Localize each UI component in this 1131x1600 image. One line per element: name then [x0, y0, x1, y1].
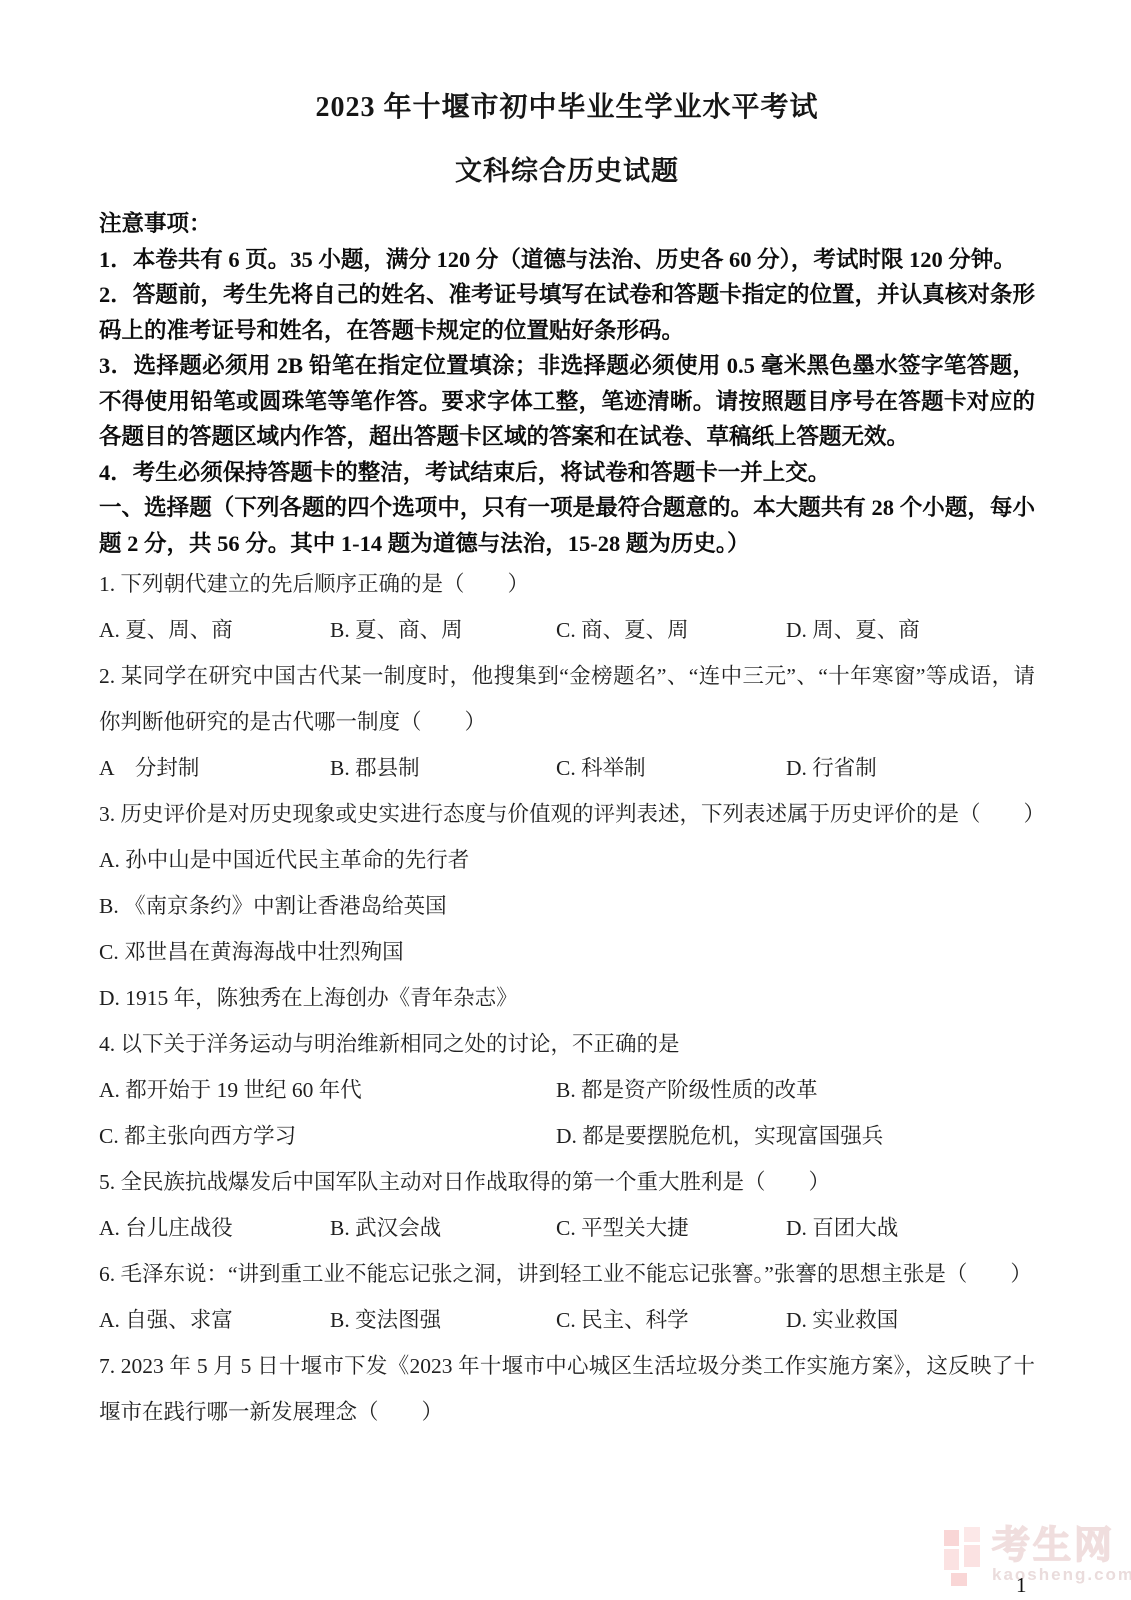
- question-3-stem: 3. 历史评价是对历史现象或史实进行态度与价值观的评判表述，下列表述属于历史评价…: [99, 791, 1035, 837]
- question-5-option-d: D. 百团大战: [786, 1205, 1035, 1251]
- question-6-options: A. 自强、求富 B. 变法图强 C. 民主、科学 D. 实业救国: [99, 1297, 1035, 1343]
- question-6-option-c: C. 民主、科学: [556, 1297, 786, 1343]
- question-6-option-d: D. 实业救国: [786, 1297, 1035, 1343]
- question-2-option-c: C. 科举制: [556, 745, 786, 791]
- question-2-option-b: B. 郡县制: [330, 745, 556, 791]
- question-1-option-b: B. 夏、商、周: [330, 607, 556, 653]
- questions-list: 1. 下列朝代建立的先后顺序正确的是（ ） A. 夏、周、商 B. 夏、商、周 …: [99, 561, 1035, 1435]
- question-6-option-b: B. 变法图强: [330, 1297, 556, 1343]
- question-1-option-d: D. 周、夏、商: [786, 607, 1035, 653]
- exam-title: 2023 年十堰市初中毕业生学业水平考试: [99, 90, 1035, 126]
- question-2-option-d: D. 行省制: [786, 745, 1035, 791]
- kaosheng-logo-icon: [940, 1526, 986, 1588]
- question-1: 1. 下列朝代建立的先后顺序正确的是（ ） A. 夏、周、商 B. 夏、商、周 …: [99, 561, 1035, 653]
- question-2-options: A 分封制 B. 郡县制 C. 科举制 D. 行省制: [99, 745, 1035, 791]
- question-4-option-c: C. 都主张向西方学习: [99, 1113, 556, 1159]
- question-5-option-a: A. 台儿庄战役: [99, 1205, 330, 1251]
- question-4-option-a: A. 都开始于 19 世纪 60 年代: [99, 1067, 556, 1113]
- question-3-option-c: C. 邓世昌在黄海海战中壮烈殉国: [99, 929, 1035, 975]
- question-2-option-a: A 分封制: [99, 745, 330, 791]
- question-3: 3. 历史评价是对历史现象或史实进行态度与价值观的评判表述，下列表述属于历史评价…: [99, 791, 1035, 1021]
- question-5-option-c: C. 平型关大捷: [556, 1205, 786, 1251]
- question-4-options: A. 都开始于 19 世纪 60 年代 B. 都是资产阶级性质的改革 C. 都主…: [99, 1067, 1035, 1159]
- question-1-option-c: C. 商、夏、周: [556, 607, 786, 653]
- notice-heading: 注意事项：: [99, 206, 1035, 242]
- notice-section: 注意事项： 1．本卷共有 6 页。35 小题，满分 120 分（道德与法治、历史…: [99, 206, 1035, 490]
- question-5-stem: 5. 全民族抗战爆发后中国军队主动对日作战取得的第一个重大胜利是（ ）: [99, 1159, 1035, 1205]
- question-4-option-b: B. 都是资产阶级性质的改革: [556, 1067, 1035, 1113]
- kaosheng-watermark: 考生网 kaosheng.com: [940, 1526, 1131, 1588]
- watermark-site-domain: kaosheng.com: [992, 1566, 1131, 1584]
- question-7: 7. 2023 年 5 月 5 日十堰市下发《2023 年十堰市中心城区生活垃圾…: [99, 1343, 1035, 1435]
- question-5: 5. 全民族抗战爆发后中国军队主动对日作战取得的第一个重大胜利是（ ） A. 台…: [99, 1159, 1035, 1251]
- question-5-options: A. 台儿庄战役 B. 武汉会战 C. 平型关大捷 D. 百团大战: [99, 1205, 1035, 1251]
- question-3-options: A. 孙中山是中国近代民主革命的先行者 B. 《南京条约》中割让香港岛给英国 C…: [99, 837, 1035, 1021]
- notice-item-3: 3．选择题必须用 2B 铅笔在指定位置填涂；非选择题必须使用 0.5 毫米黑色墨…: [99, 348, 1035, 455]
- question-6-option-a: A. 自强、求富: [99, 1297, 330, 1343]
- question-1-stem: 1. 下列朝代建立的先后顺序正确的是（ ）: [99, 561, 1035, 607]
- question-3-option-a: A. 孙中山是中国近代民主革命的先行者: [99, 837, 1035, 883]
- watermark-site-name: 考生网: [992, 1526, 1131, 1566]
- question-4-stem: 4. 以下关于洋务运动与明治维新相同之处的讨论，不正确的是: [99, 1021, 1035, 1067]
- question-6: 6. 毛泽东说：“讲到重工业不能忘记张之洞，讲到轻工业不能忘记张謇。”张謇的思想…: [99, 1251, 1035, 1343]
- question-4: 4. 以下关于洋务运动与明治维新相同之处的讨论，不正确的是 A. 都开始于 19…: [99, 1021, 1035, 1159]
- question-1-options: A. 夏、周、商 B. 夏、商、周 C. 商、夏、周 D. 周、夏、商: [99, 607, 1035, 653]
- question-7-stem: 7. 2023 年 5 月 5 日十堰市下发《2023 年十堰市中心城区生活垃圾…: [99, 1343, 1035, 1435]
- section-heading-choice: 一、选择题（下列各题的四个选项中，只有一项是最符合题意的。本大题共有 28 个小…: [99, 490, 1035, 561]
- exam-paper-page: 2023 年十堰市初中毕业生学业水平考试 文科综合历史试题 注意事项： 1．本卷…: [0, 0, 1131, 1600]
- question-3-option-d: D. 1915 年，陈独秀在上海创办《青年杂志》: [99, 975, 1035, 1021]
- exam-subtitle: 文科综合历史试题: [99, 154, 1035, 188]
- question-2-stem: 2. 某同学在研究中国古代某一制度时，他搜集到“金榜题名”、“连中三元”、“十年…: [99, 653, 1035, 745]
- question-3-option-b: B. 《南京条约》中割让香港岛给英国: [99, 883, 1035, 929]
- question-2: 2. 某同学在研究中国古代某一制度时，他搜集到“金榜题名”、“连中三元”、“十年…: [99, 653, 1035, 791]
- question-1-option-a: A. 夏、周、商: [99, 607, 330, 653]
- question-4-option-d: D. 都是要摆脱危机，实现富国强兵: [556, 1113, 1035, 1159]
- notice-item-4: 4．考生必须保持答题卡的整洁，考试结束后，将试卷和答题卡一并上交。: [99, 455, 1035, 491]
- notice-item-1: 1．本卷共有 6 页。35 小题，满分 120 分（道德与法治、历史各 60 分…: [99, 242, 1035, 278]
- page-number: 1: [1016, 1572, 1027, 1598]
- question-5-option-b: B. 武汉会战: [330, 1205, 556, 1251]
- notice-item-2: 2．答题前，考生先将自己的姓名、准考证号填写在试卷和答题卡指定的位置，并认真核对…: [99, 277, 1035, 348]
- question-6-stem: 6. 毛泽东说：“讲到重工业不能忘记张之洞，讲到轻工业不能忘记张謇。”张謇的思想…: [99, 1251, 1035, 1297]
